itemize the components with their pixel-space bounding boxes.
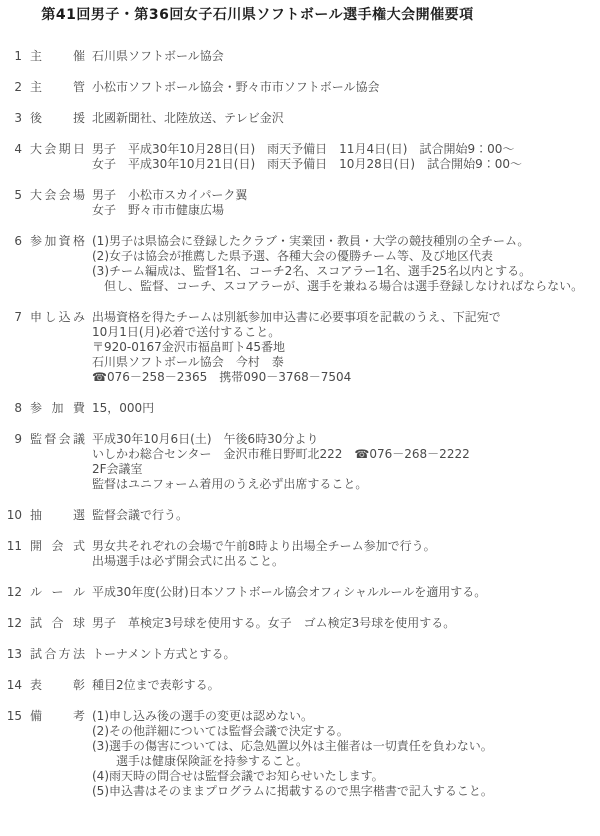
section-row: 12ルール平成30年度(公財)日本ソフトボール協会オフィシャルルールを適用する。 — [0, 585, 592, 600]
text-line: トーナメント方式とする。 — [92, 647, 592, 662]
label-char: 試 — [30, 647, 42, 662]
section-number: 15 — [0, 709, 22, 724]
label-char: 考 — [73, 709, 85, 724]
document-title: 第41回男子・第36回女子石川県ソフトボール選手権大会開催要項 — [41, 7, 473, 23]
text-line: (4)雨天時の問合せは監督会議でお知らせいたします。 — [92, 769, 592, 784]
text-line: 平成30年10月6日(土) 午後6時30分より — [92, 432, 592, 447]
section-content: 男子 小松市スカイパーク翼女子 野々市市健康広場 — [92, 188, 592, 218]
section-row: 2主管小松市ソフトボール協会・野々市市ソフトボール協会 — [0, 80, 592, 95]
label-char: 会 — [51, 539, 63, 554]
text-line: 監督はユニフォーム着用のうえ必ず出席すること。 — [92, 477, 592, 492]
text-line: 監督会議で行う。 — [92, 508, 592, 523]
section-content: 石川県ソフトボール協会 — [92, 49, 592, 64]
section-content: 北國新聞社、北陸放送、テレビ金沢 — [92, 111, 592, 126]
text-line: 北國新聞社、北陸放送、テレビ金沢 — [92, 111, 592, 126]
section-row: 10抽選監督会議で行う。 — [0, 508, 592, 523]
text-line: いしかわ総合センター 金沢市稚日野町北222 ☎076－268－2222 — [92, 447, 592, 462]
text-line: 女子 平成30年10月21日(日) 雨天予備日 10月28日(日) 試合開始9：… — [92, 157, 592, 172]
section-label: 主管 — [30, 80, 85, 95]
section-number: 5 — [0, 188, 22, 203]
section-content: 平成30年10月6日(土) 午後6時30分よりいしかわ総合センター 金沢市稚日野… — [92, 432, 592, 492]
label-char: 場 — [73, 188, 85, 203]
label-char: 議 — [73, 432, 85, 447]
text-line: 15，000円 — [92, 401, 592, 416]
text-line: (3)チーム編成は、監督1名、コーチ2名、スコアラー1名、選手25名以内とする。 — [92, 264, 592, 279]
label-char: 会 — [44, 142, 56, 157]
label-char: 込 — [59, 310, 71, 325]
section-row: 6参加資格(1)男子は県協会に登録したクラブ・実業団・教員・大学の競技種別の全チ… — [0, 234, 592, 294]
section-content: 監督会議で行う。 — [92, 508, 592, 523]
section-number: 9 — [0, 432, 22, 447]
section-label: 開会式 — [30, 539, 85, 554]
label-char: 方 — [59, 647, 71, 662]
label-char: 会 — [44, 188, 56, 203]
section-label: 参加資格 — [30, 234, 85, 249]
text-line: (5)申込書はそのままプログラムに掲載するので黒字楷書で記入すること。 — [92, 784, 592, 799]
section-content: 男女共それぞれの会場で午前8時より出場全チーム参加で行う。出場選手は必ず開会式に… — [92, 539, 592, 569]
section-label: ルール — [30, 585, 85, 600]
section-label: 参加費 — [30, 401, 85, 416]
section-number: 7 — [0, 310, 22, 325]
label-char: 合 — [51, 616, 63, 631]
label-char: 選 — [73, 508, 85, 523]
text-line: (2)女子は協会が推薦した県予選、各種大会の優勝チーム等、及び地区代表 — [92, 249, 592, 264]
label-char: 主 — [30, 49, 42, 64]
section-row: 12試合球男子 革検定3号球を使用する。女子 ゴム検定3号球を使用する。 — [0, 616, 592, 631]
text-line: 石川県ソフトボール協会 — [92, 49, 592, 64]
label-char: 試 — [30, 616, 42, 631]
text-line: 出場資格を得たチームは別紙参加申込書に必要事項を記載のうえ、下記宛で — [92, 310, 592, 325]
text-line: (2)その他詳細については監督会議で決定する。 — [92, 724, 592, 739]
section-number: 11 — [0, 539, 22, 554]
section-number: 10 — [0, 508, 22, 523]
label-char: 援 — [73, 111, 85, 126]
text-line: (3)選手の傷害については、応急処置以外は主催者は一切責任を負わない。 — [92, 739, 592, 754]
section-row: 11開会式男女共それぞれの会場で午前8時より出場全チーム参加で行う。出場選手は必… — [0, 539, 592, 569]
text-line: 女子 野々市市健康広場 — [92, 203, 592, 218]
sections-list: 1主催石川県ソフトボール協会2主管小松市ソフトボール協会・野々市市ソフトボール協… — [0, 49, 592, 799]
section-number: 13 — [0, 647, 22, 662]
label-char: 催 — [73, 49, 85, 64]
label-char: 備 — [30, 709, 42, 724]
section-label: 主催 — [30, 49, 85, 64]
label-char: 管 — [73, 80, 85, 95]
section-label: 試合方法 — [30, 647, 85, 662]
label-char: ー — [51, 585, 63, 600]
label-char: 申 — [30, 310, 42, 325]
text-line: 2F会議室 — [92, 462, 592, 477]
section-content: 男子 平成30年10月28日(日) 雨天予備日 11月4日(日) 試合開始9：0… — [92, 142, 592, 172]
text-line: 石川県ソフトボール協会 今村 泰 — [92, 355, 592, 370]
text-line: (1)男子は県協会に登録したクラブ・実業団・教員・大学の競技種別の全チーム。 — [92, 234, 592, 249]
label-char: 抽 — [30, 508, 42, 523]
label-char: 加 — [51, 401, 63, 416]
section-number: 4 — [0, 142, 22, 157]
section-label: 試合球 — [30, 616, 85, 631]
text-line: 小松市ソフトボール協会・野々市市ソフトボール協会 — [92, 80, 592, 95]
text-line: 選手は健康保険証を持参すること。 — [92, 754, 592, 769]
section-content: 平成30年度(公財)日本ソフトボール協会オフィシャルルールを適用する。 — [92, 585, 592, 600]
label-char: 後 — [30, 111, 42, 126]
section-label: 大会会場 — [30, 188, 85, 203]
section-content: (1)男子は県協会に登録したクラブ・実業団・教員・大学の競技種別の全チーム。(2… — [92, 234, 592, 294]
section-row: 9監督会議平成30年10月6日(土) 午後6時30分よりいしかわ総合センター 金… — [0, 432, 592, 492]
label-char: 加 — [44, 234, 56, 249]
label-char: 彰 — [73, 678, 85, 693]
label-char: 主 — [30, 80, 42, 95]
section-label: 監督会議 — [30, 432, 85, 447]
text-line: ☎076－258－2365 携帯090－3768－7504 — [92, 370, 592, 385]
label-char: 格 — [73, 234, 85, 249]
text-line: 但し、監督、コーチ、スコアラーが、選手を兼ねる場合は選手登録しなければならない。 — [92, 279, 592, 294]
section-content: 出場資格を得たチームは別紙参加申込書に必要事項を記載のうえ、下記宛で10月1日(… — [92, 310, 592, 385]
section-row: 1主催石川県ソフトボール協会 — [0, 49, 592, 64]
section-content: (1)申し込み後の選手の変更は認めない。(2)その他詳細については監督会議で決定… — [92, 709, 592, 799]
section-label: 後援 — [30, 111, 85, 126]
label-char: ル — [30, 585, 42, 600]
label-char: 資 — [59, 234, 71, 249]
section-content: 男子 革検定3号球を使用する。女子 ゴム検定3号球を使用する。 — [92, 616, 592, 631]
section-row: 13試合方法トーナメント方式とする。 — [0, 647, 592, 662]
section-row: 3後援北國新聞社、北陸放送、テレビ金沢 — [0, 111, 592, 126]
section-number: 3 — [0, 111, 22, 126]
text-line: 男子 小松市スカイパーク翼 — [92, 188, 592, 203]
label-char: 監 — [30, 432, 42, 447]
section-number: 1 — [0, 49, 22, 64]
label-char: 開 — [30, 539, 42, 554]
label-char: 表 — [30, 678, 42, 693]
section-number: 8 — [0, 401, 22, 416]
section-row: 4大会期日男子 平成30年10月28日(日) 雨天予備日 11月4日(日) 試合… — [0, 142, 592, 172]
section-content: 小松市ソフトボール協会・野々市市ソフトボール協会 — [92, 80, 592, 95]
section-content: 種目2位まで表彰する。 — [92, 678, 592, 693]
section-content: トーナメント方式とする。 — [92, 647, 592, 662]
text-line: (1)申し込み後の選手の変更は認めない。 — [92, 709, 592, 724]
text-line: 平成30年度(公財)日本ソフトボール協会オフィシャルルールを適用する。 — [92, 585, 592, 600]
label-char: 日 — [73, 142, 85, 157]
text-line: 男女共それぞれの会場で午前8時より出場全チーム参加で行う。 — [92, 539, 592, 554]
label-char: ル — [73, 585, 85, 600]
section-label: 大会期日 — [30, 142, 85, 157]
label-char: 式 — [73, 539, 85, 554]
label-char: 法 — [73, 647, 85, 662]
label-char: 参 — [30, 234, 42, 249]
label-char: 参 — [30, 401, 42, 416]
section-number: 2 — [0, 80, 22, 95]
label-char: 合 — [44, 647, 56, 662]
section-row: 5大会会場男子 小松市スカイパーク翼女子 野々市市健康広場 — [0, 188, 592, 218]
section-row: 7申し込み出場資格を得たチームは別紙参加申込書に必要事項を記載のうえ、下記宛で1… — [0, 310, 592, 385]
section-number: 6 — [0, 234, 22, 249]
section-row: 14表彰種目2位まで表彰する。 — [0, 678, 592, 693]
section-label: 備考 — [30, 709, 85, 724]
text-line: 出場選手は必ず開会式に出ること。 — [92, 554, 592, 569]
section-row: 8参加費15，000円 — [0, 401, 592, 416]
label-char: 費 — [73, 401, 85, 416]
label-char: 球 — [73, 616, 85, 631]
section-label: 申し込み — [30, 310, 85, 325]
label-char: 期 — [59, 142, 71, 157]
section-label: 抽選 — [30, 508, 85, 523]
label-char: 大 — [30, 142, 42, 157]
label-char: み — [73, 310, 85, 325]
document-page: 第41回男子・第36回女子石川県ソフトボール選手権大会開催要項 1主催石川県ソフ… — [0, 0, 600, 836]
section-number: 14 — [0, 678, 22, 693]
text-line: 10月1日(月)必着で送付すること。 — [92, 325, 592, 340]
section-row: 15備考(1)申し込み後の選手の変更は認めない。(2)その他詳細については監督会… — [0, 709, 592, 799]
label-char: 会 — [59, 188, 71, 203]
label-char: 会 — [59, 432, 71, 447]
text-line: 種目2位まで表彰する。 — [92, 678, 592, 693]
text-line: 男子 平成30年10月28日(日) 雨天予備日 11月4日(日) 試合開始9：0… — [92, 142, 592, 157]
text-line: 〒920-0167金沢市福畠町ト45番地 — [92, 340, 592, 355]
label-char: 督 — [44, 432, 56, 447]
label-char: 大 — [30, 188, 42, 203]
section-number: 12 — [0, 616, 22, 631]
text-line: 男子 革検定3号球を使用する。女子 ゴム検定3号球を使用する。 — [92, 616, 592, 631]
section-label: 表彰 — [30, 678, 85, 693]
section-content: 15，000円 — [92, 401, 592, 416]
title-row: 第41回男子・第36回女子石川県ソフトボール選手権大会開催要項 — [0, 6, 515, 24]
label-char: し — [44, 310, 56, 325]
section-number: 12 — [0, 585, 22, 600]
